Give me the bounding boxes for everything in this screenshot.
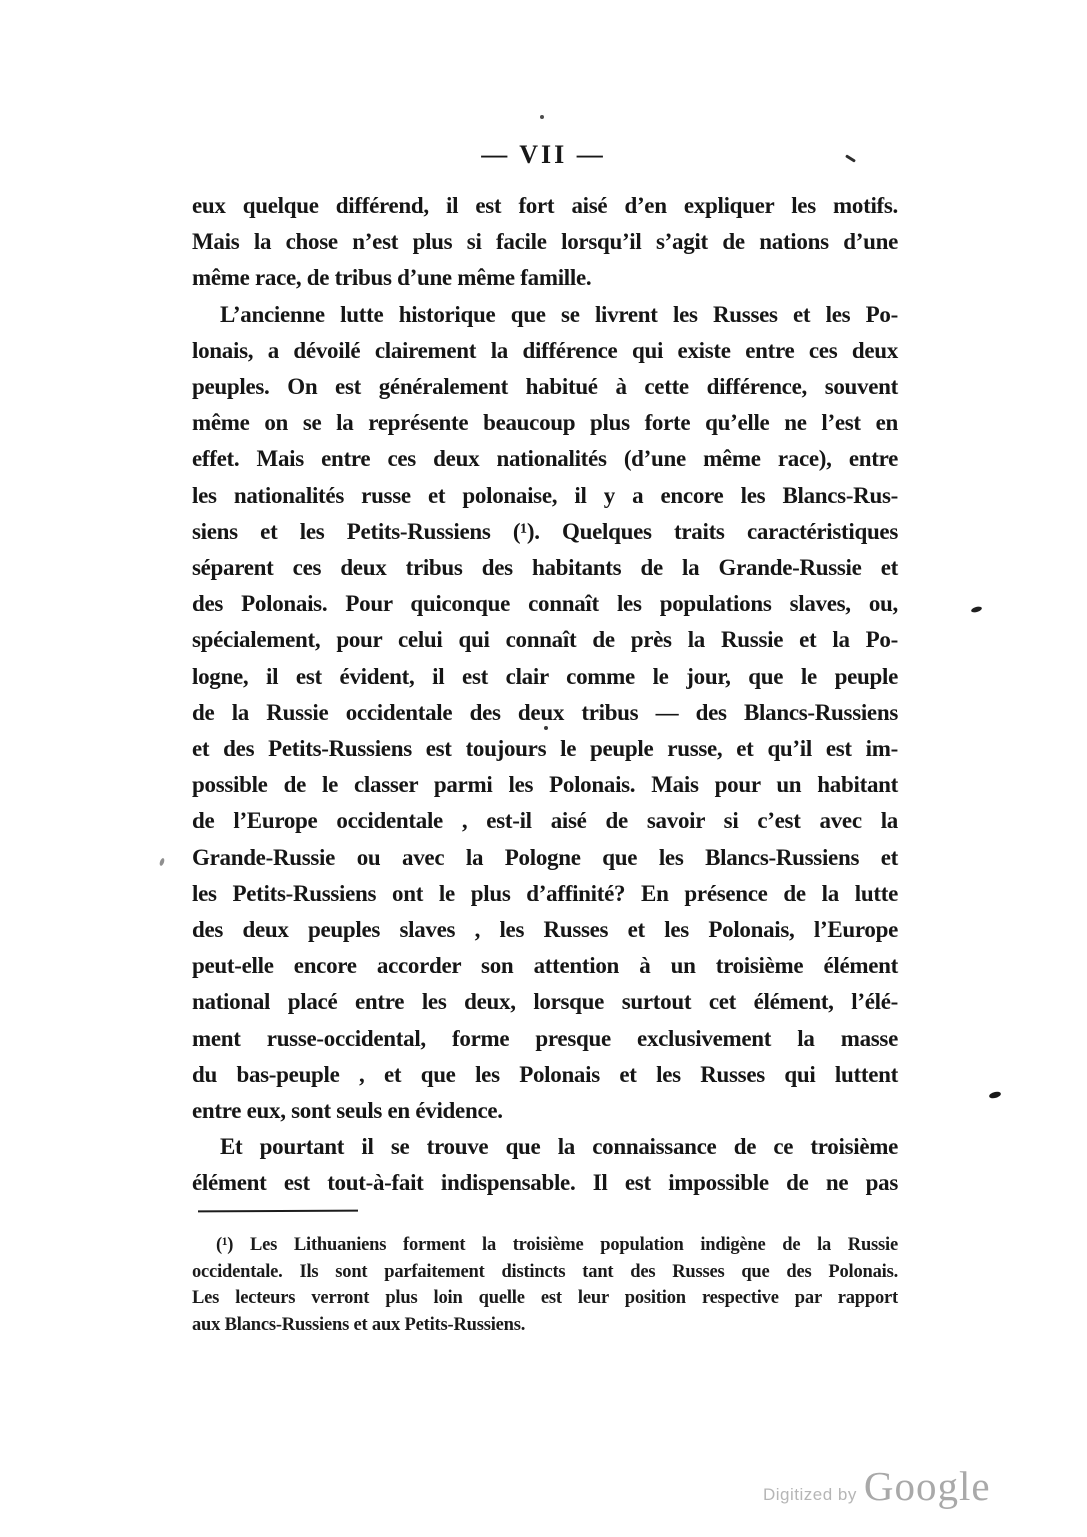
body-line: Et pourtant il se trouve que la connaiss… xyxy=(192,1129,898,1165)
ink-speck xyxy=(159,858,165,867)
body-line: des deux peuples slaves , les Russes et … xyxy=(192,912,898,948)
body-line: siens et les Petits-Russiens (¹). Quelqu… xyxy=(192,514,898,550)
body-line: ment russe-occidental, forme presque exc… xyxy=(192,1021,898,1057)
footnote-line: Les lecteurs verront plus loin quelle es… xyxy=(192,1285,898,1312)
body-line: séparent ces deux tribus des habitants d… xyxy=(192,550,898,586)
body-line: possible de le classer parmi les Polonai… xyxy=(192,767,898,803)
body-line: les Petits-Russiens ont le plus d’affini… xyxy=(192,876,898,912)
footnote: (¹) Les Lithuaniens forment la troisième… xyxy=(192,1232,898,1338)
body-line: même race, de tribus d’une même famille. xyxy=(192,260,898,296)
body-line: de l’Europe occidentale , est-il aisé de… xyxy=(192,803,898,839)
digitization-credit: Digitized by Google xyxy=(763,1462,991,1510)
page-number-header: — VII — xyxy=(0,140,1087,170)
footnote-line: aux Blancs-Russiens et aux Petits-Russie… xyxy=(192,1312,898,1339)
body-line: Mais la chose n’est plus si facile lorsq… xyxy=(192,224,898,260)
body-line: lonais, a dévoilé clairement la différen… xyxy=(192,333,898,369)
body-line: spécialement, pour celui qui connaît de … xyxy=(192,622,898,658)
ink-speck xyxy=(540,115,544,119)
footnote-line: (¹) Les Lithuaniens forment la troisième… xyxy=(192,1232,898,1259)
body-line: des Polonais. Pour quiconque connaît les… xyxy=(192,586,898,622)
body-line: L’ancienne lutte historique que se livre… xyxy=(192,297,898,333)
scanned-book-page: — VII — eux quelque différend, il est fo… xyxy=(0,0,1087,1537)
footnote-separator-rule xyxy=(198,1210,358,1213)
body-line: effet. Mais entre ces deux nationalités … xyxy=(192,441,898,477)
body-line: eux quelque différend, il est fort aisé … xyxy=(192,188,898,224)
body-line: et des Petits-Russiens est toujours le p… xyxy=(192,731,898,767)
body-text: eux quelque différend, il est fort aisé … xyxy=(192,188,898,1202)
body-line: élément est tout-à-fait indispensable. I… xyxy=(192,1165,898,1201)
body-line: logne, il est évident, il est clair comm… xyxy=(192,659,898,695)
body-line: Grande-Russie ou avec la Pologne que les… xyxy=(192,840,898,876)
body-line: entre eux, sont seuls en évidence. xyxy=(192,1093,898,1129)
google-logo: Google xyxy=(864,1462,991,1510)
ink-speck xyxy=(989,1091,1002,1099)
ink-speck xyxy=(970,605,982,613)
body-line: les nationalités russe et polonaise, il … xyxy=(192,478,898,514)
body-line: même on se la représente beaucoup plus f… xyxy=(192,405,898,441)
body-line: peuples. On est généralement habitué à c… xyxy=(192,369,898,405)
body-line: national placé entre les deux, lorsque s… xyxy=(192,984,898,1020)
footnote-line: occidentale. Ils sont parfaitement disti… xyxy=(192,1259,898,1286)
digitized-by-label: Digitized by xyxy=(763,1485,857,1505)
body-line: peut-elle encore accorder son attention … xyxy=(192,948,898,984)
body-line: de la Russie occidentale des deux tribus… xyxy=(192,695,898,731)
body-line: du bas-peuple , et que les Polonais et l… xyxy=(192,1057,898,1093)
